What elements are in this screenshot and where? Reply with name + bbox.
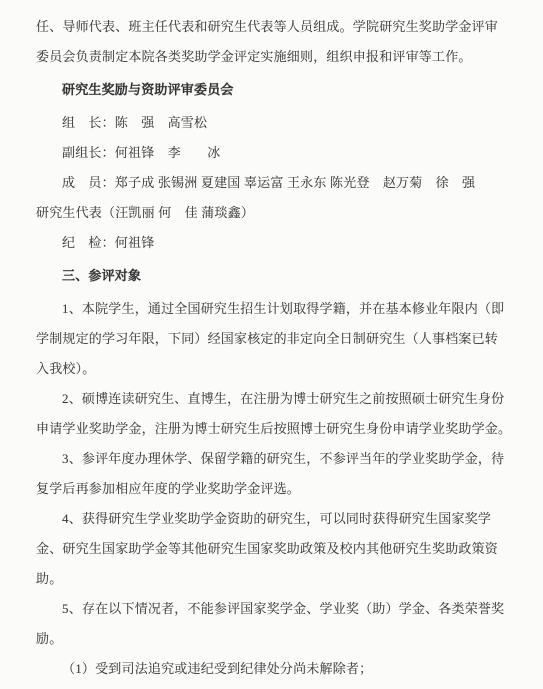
text-line: 副组长：何祖锋 李 冰: [36, 138, 513, 168]
heading-line: 研究生奖励与资助评审委员会: [36, 75, 513, 105]
committee-members-lines: 成 员：郑子成 张锡洲 夏建国 辜运富 王永东 陈光登 赵万菊 徐 强研究生代表…: [36, 168, 513, 228]
committee-deputy-leader-line: 副组长：何祖锋 李 冰: [36, 138, 513, 168]
item-5-paragraph: 5、存在以下情况者，不能参评国家奖学金、学业奖（助）学金、各类荣誉奖励。: [36, 594, 513, 654]
heading-line: 三、参评对象: [36, 261, 513, 291]
text-line: 纪 检：何祖锋: [36, 228, 513, 258]
item-1-paragraph: 1、本院学生，通过全国研究生招生计划取得学籍，并在基本修业年限内（即学制规定的学…: [36, 294, 513, 384]
item-3-paragraph: 3、参评年度办理休学、保留学籍的研究生，不参评当年的学业奖助学金，待复学后再参加…: [36, 444, 513, 504]
text-line: 成 员：郑子成 张锡洲 夏建国 辜运富 王永东 陈光登 赵万菊 徐 强: [36, 168, 513, 198]
text-line: 3、参评年度办理休学、保留学籍的研究生，不参评当年的学业奖助学金，待: [36, 444, 513, 474]
text-line: 研究生代表（汪凯丽 何 佳 蒲琰鑫）: [36, 198, 513, 228]
text-line: 金、研究生国家助学金等其他研究生国家奖助政策及校内其他研究生奖助政策资: [36, 534, 513, 564]
committee-discipline-line: 纪 检：何祖锋: [36, 228, 513, 258]
text-line: 任、导师代表、班主任代表和研究生代表等人员组成。学院研究生奖助学金评审: [36, 12, 513, 42]
section-3-heading: 三、参评对象: [36, 261, 513, 291]
text-line: 4、获得研究生学业奖助学金资助的研究生，可以同时获得研究生国家奖学: [36, 504, 513, 534]
intro-continuation-paragraph: 任、导师代表、班主任代表和研究生代表等人员组成。学院研究生奖助学金评审委员会负责…: [36, 12, 513, 72]
text-line: （1）受到司法追究或违纪受到纪律处分尚未解除者；: [36, 654, 513, 684]
text-line: 入我校）。: [36, 354, 513, 384]
document-text-block: 任、导师代表、班主任代表和研究生代表等人员组成。学院研究生奖助学金评审委员会负责…: [36, 12, 513, 684]
text-line: 1、本院学生，通过全国研究生招生计划取得学籍，并在基本修业年限内（即: [36, 294, 513, 324]
document-page: 任、导师代表、班主任代表和研究生代表等人员组成。学院研究生奖助学金评审委员会负责…: [0, 0, 543, 689]
text-line: 2、硕博连读研究生、直博生，在注册为博士研究生之前按照硕士研究生身份: [36, 384, 513, 414]
committee-title: 研究生奖励与资助评审委员会: [36, 75, 513, 105]
item-2-paragraph: 2、硕博连读研究生、直博生，在注册为博士研究生之前按照硕士研究生身份申请学业奖助…: [36, 384, 513, 444]
text-line: 复学后再参加相应年度的学业奖助学金评选。: [36, 474, 513, 504]
item-4-paragraph: 4、获得研究生学业奖助学金资助的研究生，可以同时获得研究生国家奖学金、研究生国家…: [36, 504, 513, 594]
text-line: 组 长：陈 强 高雪松: [36, 108, 513, 138]
text-line: 委员会负责制定本院各类奖助学金评定实施细则，组织申报和评审等工作。: [36, 42, 513, 72]
text-line: 5、存在以下情况者，不能参评国家奖学金、学业奖（助）学金、各类荣誉奖: [36, 594, 513, 624]
committee-leader-line: 组 长：陈 强 高雪松: [36, 108, 513, 138]
text-line: 学制规定的学习年限，下同）经国家核定的非定向全日制研究生（人事档案已转: [36, 324, 513, 354]
text-line: 励。: [36, 624, 513, 654]
item-5-sub-1-paragraph: （1）受到司法追究或违纪受到纪律处分尚未解除者；: [36, 654, 513, 684]
text-line: 申请学业奖助学金，注册为博士研究生后按照博士研究生身份申请学业奖助学金。: [36, 414, 513, 444]
text-line: 助。: [36, 564, 513, 594]
